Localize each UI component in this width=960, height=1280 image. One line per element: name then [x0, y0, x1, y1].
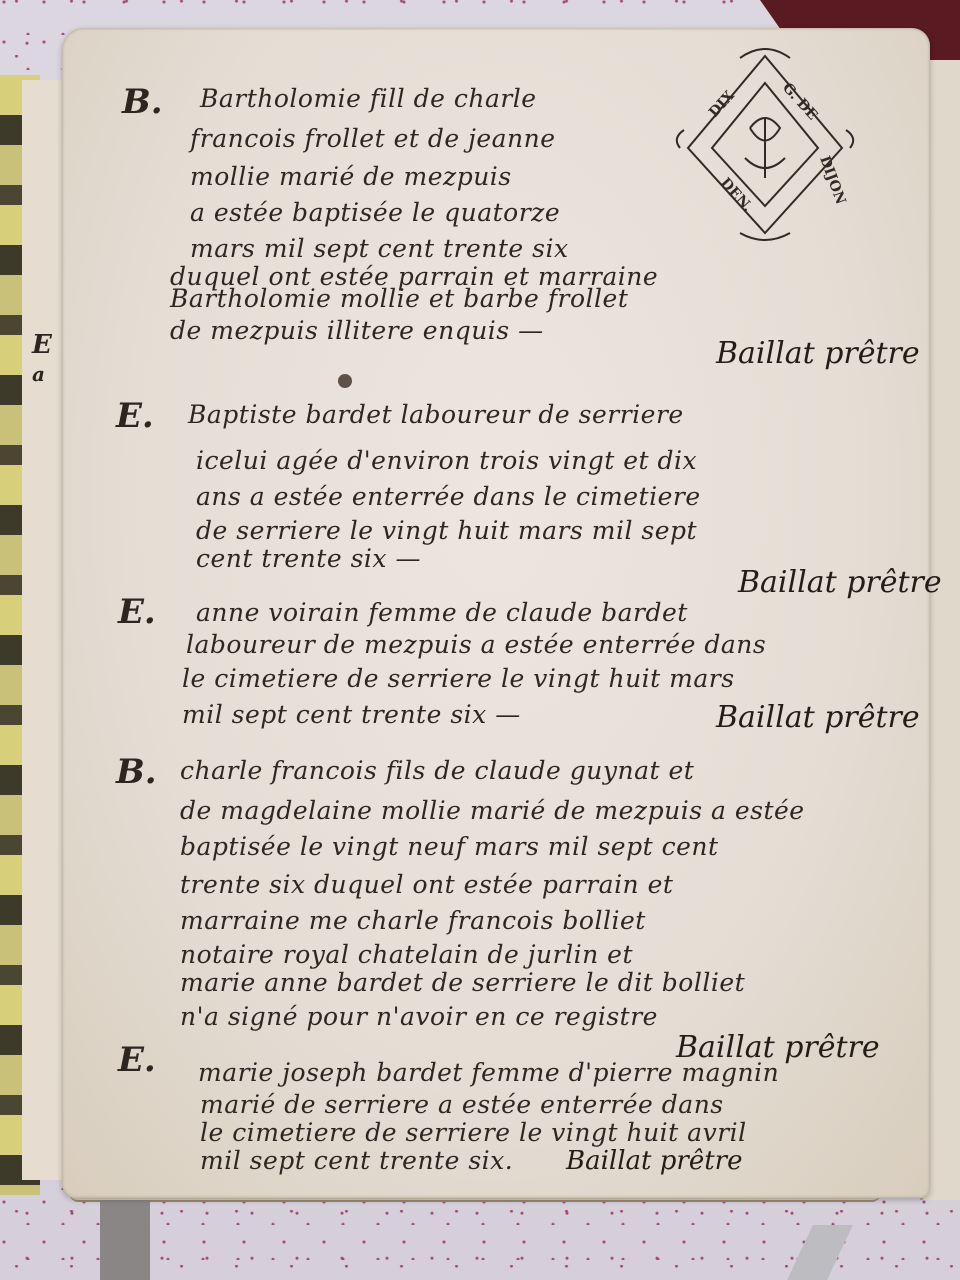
entry-line: mars mil sept cent trente six — [190, 234, 569, 263]
entry-line: Bartholomie fill de charle — [200, 84, 537, 113]
entry-line: laboureur de mezpuis a estée enterrée da… — [186, 630, 766, 659]
margin-fragment: E — [32, 330, 52, 360]
entry-line: n'a signé pour n'avoir en ce registre — [180, 1002, 658, 1031]
priest-signature: Baillat prêtre — [738, 565, 942, 600]
entry-line: mil sept cent trente six — — [182, 700, 521, 729]
entry-line: marraine me charle francois bolliet — [180, 906, 646, 935]
entry-line: de magdelaine mollie marié de mezpuis a … — [180, 796, 805, 825]
entry-line: mollie marié de mezpuis — [190, 162, 512, 191]
entry-line: le cimetiere de serriere le vingt huit m… — [182, 664, 735, 693]
margin-fragment: a — [32, 362, 45, 386]
entry-line: notaire royal chatelain de jurlin et — [180, 940, 633, 969]
entry-line: ans a estée enterrée dans le cimetiere — [196, 482, 701, 511]
clip — [100, 1200, 150, 1280]
svg-text:DEN.: DEN. — [717, 175, 755, 215]
ink-blot — [338, 374, 352, 388]
priest-signature: Baillat prêtre — [566, 1146, 743, 1176]
stamp-icon: G. DE DIJON DIX DEN. — [670, 38, 860, 248]
entry-line: de mezpuis illitere enquis — — [170, 316, 544, 345]
svg-text:G. DE: G. DE — [779, 80, 820, 123]
entry-type-marker: B. — [116, 752, 157, 792]
entry-type-marker: E. — [118, 592, 156, 632]
entry-line: marié de serriere a estée enterrée dans — [200, 1090, 724, 1119]
entry-line: Bartholomie mollie et barbe frollet — [170, 284, 628, 313]
entry-line: francois frollet et de jeanne — [190, 124, 556, 153]
entry-line: le cimetiere de serriere le vingt huit a… — [200, 1118, 747, 1147]
entry-line: charle francois fils de claude guynat et — [180, 756, 694, 785]
svg-text:DIJON: DIJON — [816, 154, 848, 207]
entry-line: cent trente six — — [196, 544, 421, 573]
entry-line: mil sept cent trente six. — [200, 1146, 513, 1175]
entry-type-marker: E. — [118, 1040, 156, 1080]
priest-signature: Baillat prêtre — [716, 336, 920, 371]
entry-line: a estée baptisée le quatorze — [190, 198, 560, 227]
entry-line: baptisée le vingt neuf mars mil sept cen… — [180, 832, 719, 861]
tax-stamp: G. DE DIJON DIX DEN. — [670, 38, 860, 248]
entry-line: trente six duquel ont estée parrain et — [180, 870, 673, 899]
entry-line: Baptiste bardet laboureur de serriere — [188, 400, 684, 429]
entry-line: anne voirain femme de claude bardet — [196, 598, 688, 627]
entry-line: marie joseph bardet femme d'pierre magni… — [198, 1058, 779, 1087]
entry-line: marie anne bardet de serriere le dit bol… — [180, 968, 745, 997]
priest-signature: Baillat prêtre — [716, 700, 920, 735]
entry-line: icelui agée d'environ trois vingt et dix — [196, 446, 697, 475]
entry-type-marker: E. — [116, 396, 154, 436]
entry-line: de serriere le vingt huit mars mil sept — [196, 516, 697, 545]
entry-type-marker: B. — [122, 82, 163, 122]
